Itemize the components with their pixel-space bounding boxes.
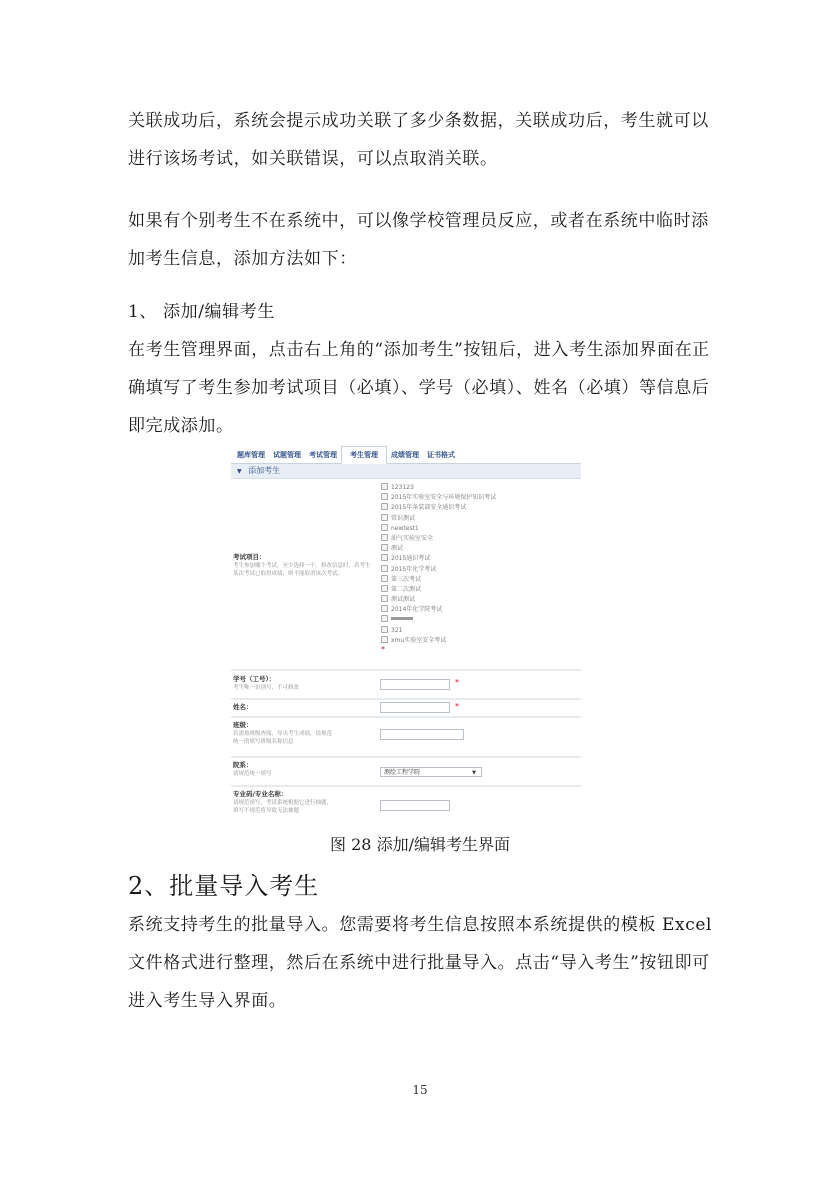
tab-score-management[interactable]: 成绩管理 <box>387 450 423 463</box>
student-id-input[interactable] <box>380 679 450 690</box>
exam-items-hint: 考生参加哪个考试，至少选择一个。修改信息时，若考生某次考试已取得成绩，则不能取消… <box>233 562 373 578</box>
exam-option[interactable]: 第二次测试 <box>381 585 496 595</box>
paragraph-add-individual: 如果有个别考生不在系统中，可以像学校管理员反应，或者在系统中临时添加考生信息，添… <box>128 202 718 278</box>
figure-caption: 图 28 添加/编辑考生界面 <box>0 834 840 856</box>
paragraph-add-edit-instructions: 在考生管理界面，点击右上角的“添加考生”按钮后，进入考生添加界面在正确填写了考生… <box>128 331 718 445</box>
tab-student-management[interactable]: 考生管理 <box>341 446 387 464</box>
exam-option[interactable]: 2015年化学考试 <box>381 565 496 575</box>
checkbox[interactable] <box>381 544 388 551</box>
major-hint: 请规范填写，考试系统根据它进行抽题，填写不规范将导致无法抽题 <box>233 799 333 815</box>
checkbox[interactable] <box>381 626 388 633</box>
exam-option[interactable]: 常识测试 <box>381 514 496 524</box>
tab-exam-management[interactable]: 考试管理 <box>305 450 341 463</box>
exam-checkbox-list: 123123 2015年实验室安全与环境保护知识考试 2015年条装部安全通识考… <box>381 483 496 654</box>
exam-items-label: 考试项目： <box>233 553 373 562</box>
class-row: 班级： 若需按班级查阅、导出考生成绩，请规范统一的填写班级名称信息 <box>231 718 581 758</box>
department-select[interactable]: 测绘工程学院 ▼ <box>380 767 482 777</box>
checkbox[interactable] <box>381 595 388 602</box>
major-input[interactable] <box>380 800 450 811</box>
checkbox[interactable] <box>381 503 388 510</box>
exam-option[interactable]: 第三次考试 <box>381 575 496 585</box>
exam-option[interactable]: 2015通识考试 <box>381 554 496 564</box>
exam-option[interactable]: xmu实验室安全考试 <box>381 636 496 646</box>
exam-option[interactable]: 2015年条装部安全通识考试 <box>381 503 496 513</box>
exam-option-masked[interactable] <box>381 615 496 625</box>
checkbox[interactable] <box>381 585 388 592</box>
exam-option[interactable]: 321 <box>381 626 496 636</box>
tab-question-bank[interactable]: 题库管理 <box>233 450 269 463</box>
redacted-label <box>391 617 413 620</box>
class-label: 班级： <box>233 721 373 730</box>
checkbox[interactable] <box>381 554 388 561</box>
student-id-hint: 考生唯一识别号，不可修改 <box>233 684 373 692</box>
exam-items-row: 考试项目： 考生参加哪个考试，至少选择一个。修改信息时，若考生某次考试已取得成绩… <box>231 479 581 671</box>
student-id-label: 学号（工号）： <box>233 675 373 684</box>
name-label: 姓名： <box>233 703 373 712</box>
checkbox[interactable] <box>381 483 388 490</box>
paragraph-association-result: 关联成功后，系统会提示成功关联了多少条数据，关联成功后，考生就可以进行该场考试，… <box>128 102 718 178</box>
checkbox[interactable] <box>381 493 388 500</box>
required-mark: * <box>455 702 459 711</box>
tab-bar: 题库管理 试题管理 考试管理 考生管理 成绩管理 证书格式 <box>231 446 581 464</box>
required-mark: * <box>455 678 459 687</box>
exam-option[interactable]: 2014年化学院考试 <box>381 605 496 615</box>
name-row: 姓名： * <box>231 700 581 718</box>
class-input[interactable] <box>380 729 464 740</box>
checkbox[interactable] <box>381 514 388 521</box>
collapse-triangle-icon[interactable]: ▼ <box>237 468 242 475</box>
figure-add-student-screenshot: 题库管理 试题管理 考试管理 考生管理 成绩管理 证书格式 ▼ 添加考生 考试项… <box>231 446 581 818</box>
panel-header[interactable]: ▼ 添加考生 <box>231 464 581 479</box>
section-heading-batch-import: 2、批量导入考生 <box>128 871 319 901</box>
major-label: 专业码/专业名称： <box>233 790 373 799</box>
paragraph-batch-import: 系统支持考生的批量导入。您需要将考生信息按照本系统提供的模板 Excel 文件格… <box>128 906 718 1020</box>
tab-certificate-format[interactable]: 证书格式 <box>423 450 459 463</box>
department-hint: 请规范统一填写 <box>233 770 373 778</box>
checkbox[interactable] <box>381 534 388 541</box>
name-input[interactable] <box>380 702 450 713</box>
student-id-row: 学号（工号）： 考生唯一识别号，不可修改 * <box>231 671 581 700</box>
exam-option[interactable]: 油气实验室安全 <box>381 534 496 544</box>
tab-question-management[interactable]: 试题管理 <box>269 450 305 463</box>
exam-option[interactable]: 2015年实验室安全与环境保护知识考试 <box>381 493 496 503</box>
dropdown-arrow-icon: ▼ <box>472 768 476 778</box>
checkbox[interactable] <box>381 575 388 582</box>
department-row: 院系： 请规范统一填写 测绘工程学院 ▼ <box>231 758 581 787</box>
checkbox[interactable] <box>381 615 388 622</box>
exam-option[interactable]: 测试测试 <box>381 595 496 605</box>
major-row: 专业码/专业名称： 请规范填写，考试系统根据它进行抽题，填写不规范将导致无法抽题 <box>231 787 581 818</box>
section-heading-add-edit: 1、 添加/编辑考生 <box>128 300 275 324</box>
exam-option[interactable]: 123123 <box>381 483 496 493</box>
exam-option[interactable]: 测试 <box>381 544 496 554</box>
checkbox[interactable] <box>381 565 388 572</box>
required-mark: * <box>381 646 496 654</box>
panel-title: 添加考生 <box>248 466 280 475</box>
checkbox[interactable] <box>381 605 388 612</box>
checkbox[interactable] <box>381 524 388 531</box>
exam-option[interactable]: newtest1 <box>381 524 496 534</box>
checkbox[interactable] <box>381 636 388 643</box>
department-label: 院系： <box>233 761 373 770</box>
class-hint: 若需按班级查阅、导出考生成绩，请规范统一的填写班级名称信息 <box>233 730 333 746</box>
page-number: 15 <box>0 1083 840 1097</box>
